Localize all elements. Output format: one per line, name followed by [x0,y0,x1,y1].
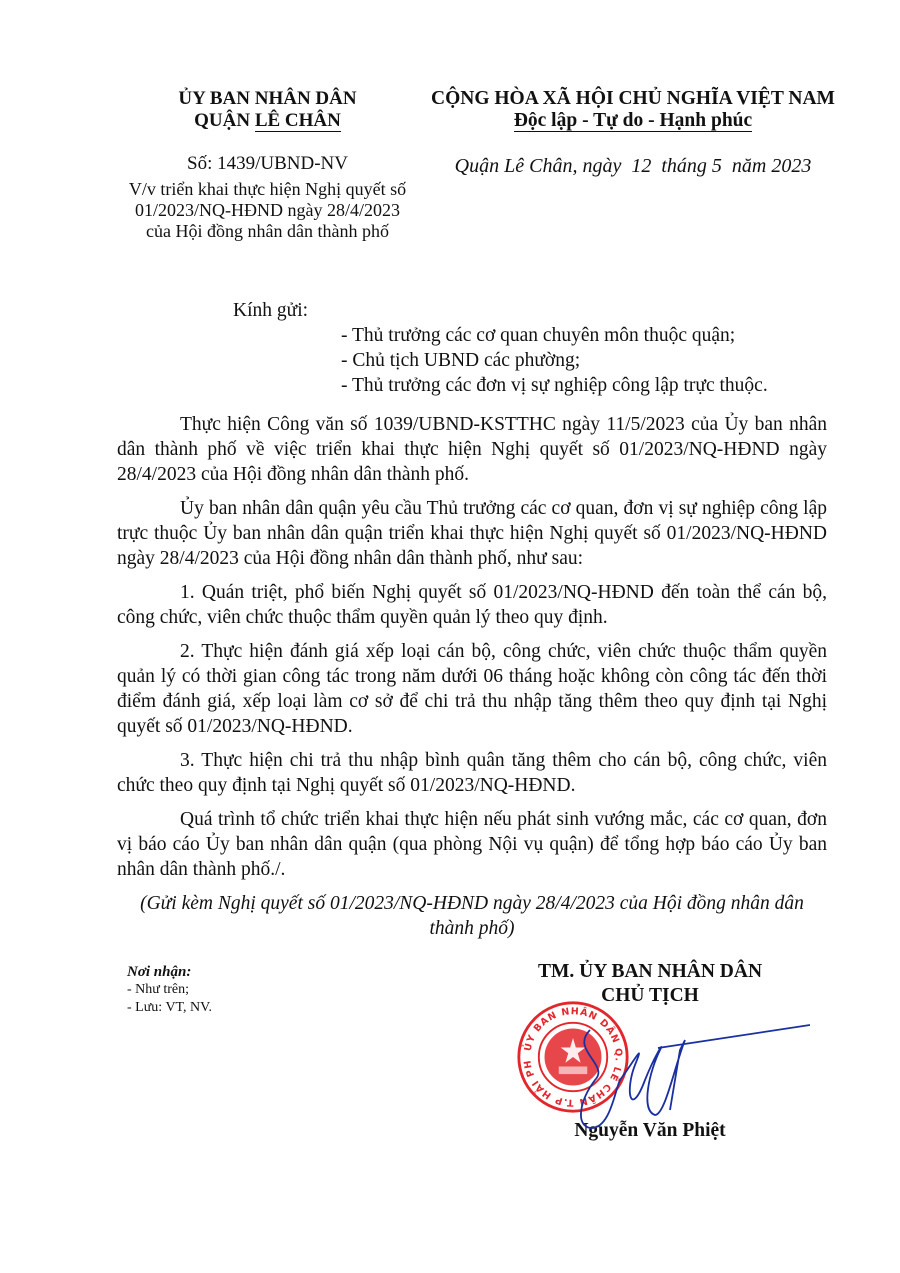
document-number: Số: 1439/UBND-NV [100,152,435,176]
receiver-item: - Lưu: VT, NV. [127,999,212,1017]
place-and-date: Quận Lê Chân, ngày 12 tháng 5 năm 2023 [413,154,853,178]
national-header: CỘNG HÒA XÃ HỘI CHỦ NGHĨA VIỆT NAM Độc l… [413,88,853,178]
handwritten-signature-icon [560,1020,810,1130]
receiver-item: - Như trên; [127,981,212,999]
recipient-item: - Chủ tịch UBND các phường; [341,348,768,373]
salutation: Kính gửi: [233,298,768,323]
body-paragraph: 1. Quán triệt, phổ biến Nghị quyết số 01… [117,580,827,630]
body-paragraph: 2. Thực hiện đánh giá xếp loại cán bộ, c… [117,639,827,739]
issuer-org-name: ỦY BAN NHÂN DÂN [100,88,435,110]
body-paragraph: Quá trình tổ chức triển khai thực hiện n… [117,807,827,882]
recipient-item: - Thủ trưởng các cơ quan chuyên môn thuộ… [341,323,768,348]
recipient-item: - Thủ trưởng các đơn vị sự nghiệp công l… [341,373,768,398]
receivers-title: Nơi nhận: [127,963,212,981]
body-paragraph: Ủy ban nhân dân quận yêu cầu Thủ trưởng … [117,496,827,571]
signer-role: TM. ỦY BAN NHÂN DÂN [500,960,800,984]
recipients-block: Kính gửi: - Thủ trưởng các cơ quan chuyê… [233,298,768,398]
receivers-block: Nơi nhận: - Như trên; - Lưu: VT, NV. [127,963,212,1017]
national-motto: Độc lập - Tự do - Hạnh phúc [413,110,853,132]
document-subject: V/v triển khai thực hiện Nghị quyết số 0… [100,179,435,242]
body-paragraph: 3. Thực hiện chi trả thu nhập bình quân … [117,748,827,798]
body-paragraph: Thực hiện Công văn số 1039/UBND-KSTTHC n… [117,412,827,487]
issuer-district: QUẬN LÊ CHÂN [100,110,435,132]
issuer-header: ỦY BAN NHÂN DÂN QUẬN LÊ CHÂN Số: 1439/UB… [100,88,435,242]
attachment-note: (Gửi kèm Nghị quyết số 01/2023/NQ-HĐND n… [117,891,827,941]
national-title: CỘNG HÒA XÃ HỘI CHỦ NGHĨA VIỆT NAM [413,88,853,110]
document-body: Thực hiện Công văn số 1039/UBND-KSTTHC n… [117,412,827,950]
